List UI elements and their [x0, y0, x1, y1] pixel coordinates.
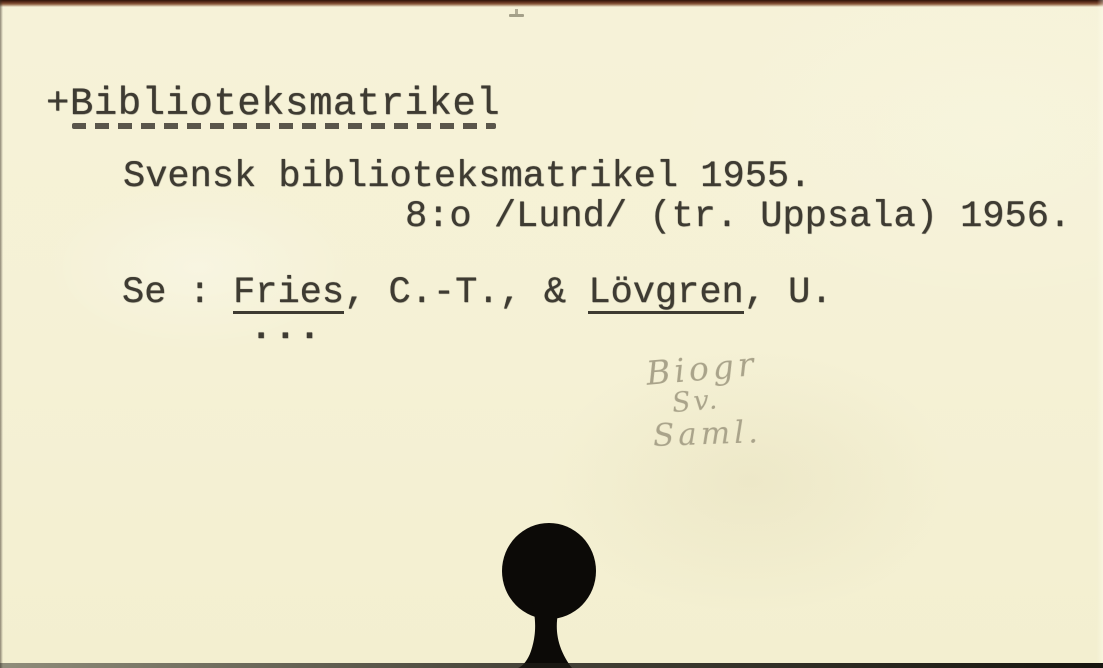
plus-sign: + — [46, 82, 70, 126]
see-name-lovgren: Lövgren — [588, 272, 743, 314]
handwritten-note-line3: Saml. — [652, 414, 762, 454]
heading-dashed-underline — [72, 123, 496, 129]
see-prefix: Se : — [122, 272, 233, 314]
see-suffix: , U. — [744, 272, 833, 314]
heading-text: Biblioteksmatrikel — [70, 82, 500, 126]
card-top-edge — [0, 0, 1103, 7]
catalog-card: +Biblioteksmatrikel Svensk biblioteksmat… — [0, 0, 1103, 668]
card-right-edge — [1097, 0, 1103, 668]
see-reference-line: Se : Fries, C.-T., & Lövgren, U. — [122, 275, 833, 312]
card-bottom-edge — [0, 663, 1103, 668]
imprint-line: 8:o /Lund/ (tr. Uppsala) 1956. — [405, 199, 1071, 236]
ellipsis-dots: ... — [250, 311, 323, 348]
title-line: Svensk biblioteksmatrikel 1955. — [123, 159, 811, 196]
hole-punch — [488, 515, 613, 668]
card-left-edge — [0, 0, 3, 668]
handwritten-note-line2: Sv. — [671, 384, 722, 419]
see-middle: , C.-T., & — [344, 272, 588, 314]
pencil-smudge-mark — [509, 14, 524, 17]
heading-line: +Biblioteksmatrikel — [46, 85, 500, 124]
